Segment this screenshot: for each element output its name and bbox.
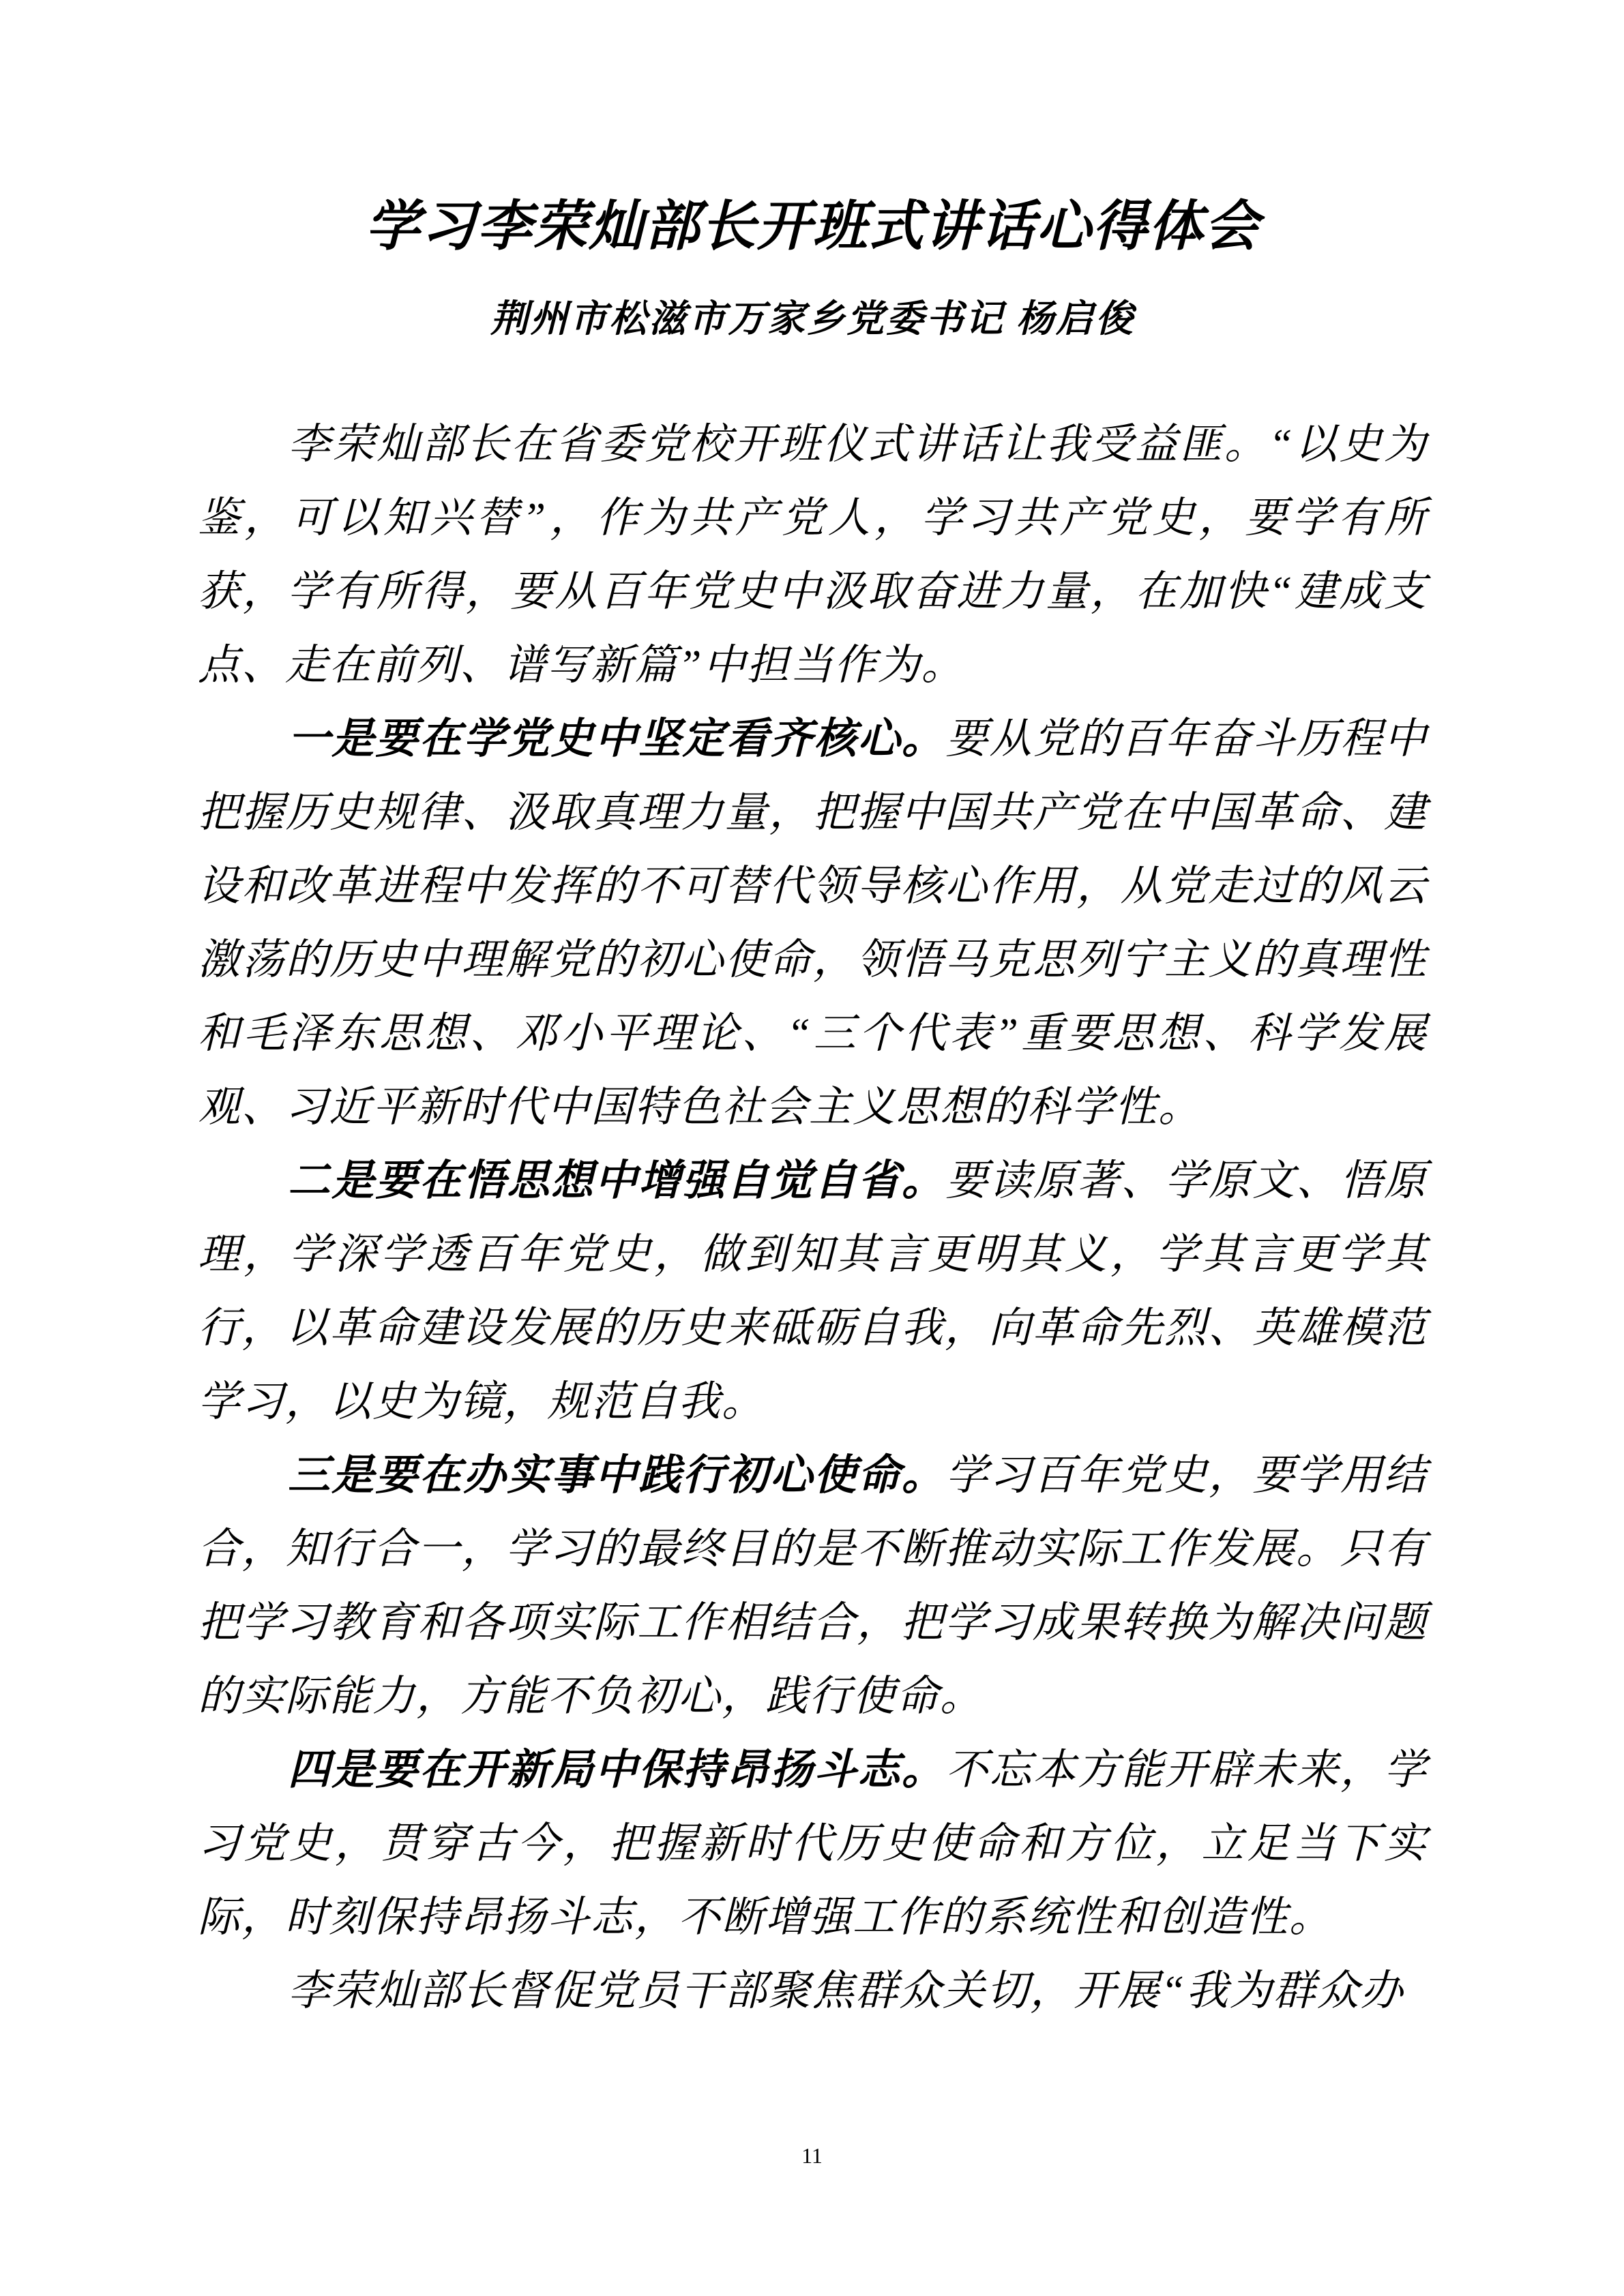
paragraph-lead: 四是要在开新局中保持昂扬斗志。	[288, 1747, 945, 1793]
paragraph-text: 李荣灿部长督促党员干部聚焦群众关切，开展“我为群众办	[288, 1968, 1404, 2014]
paragraph-point-1: 一是要在学党史中坚定看齐核心。要从党的百年奋斗历程中把握历史规律、汲取真理力量，…	[198, 702, 1428, 1144]
document-body: 李荣灿部长在省委党校开班仪式讲话让我受益匪。“以史为鉴，可以知兴替”，作为共产党…	[198, 408, 1428, 2028]
paragraph-text: 要从党的百年奋斗历程中把握历史规律、汲取真理力量，把握中国共产党在中国革命、建设…	[198, 716, 1428, 1131]
paragraph-intro: 李荣灿部长在省委党校开班仪式讲话让我受益匪。“以史为鉴，可以知兴替”，作为共产党…	[198, 408, 1428, 702]
paragraph-lead: 三是要在办实事中践行初心使命。	[288, 1452, 945, 1499]
paragraph-point-3: 三是要在办实事中践行初心使命。学习百年党史，要学用结合，知行合一，学习的最终目的…	[198, 1439, 1428, 1733]
document-page: 学习李荣灿部长开班式讲话心得体会 荆州市松滋市万家乡党委书记 杨启俊 李荣灿部长…	[0, 0, 1624, 2296]
page-title: 学习李荣灿部长开班式讲话心得体会	[198, 190, 1428, 265]
paragraph-lead: 二是要在悟思想中增强自觉自省。	[288, 1158, 945, 1204]
paragraph-text: 李荣灿部长在省委党校开班仪式讲话让我受益匪。“以史为鉴，可以知兴替”，作为共产党…	[198, 421, 1428, 689]
author-line: 荆州市松滋市万家乡党委书记 杨启俊	[198, 293, 1428, 345]
page-number: 11	[0, 2143, 1624, 2168]
paragraph-closing: 李荣灿部长督促党员干部聚焦群众关切，开展“我为群众办	[198, 1954, 1428, 2028]
paragraph-point-2: 二是要在悟思想中增强自觉自省。要读原著、学原文、悟原理，学深学透百年党史，做到知…	[198, 1144, 1428, 1439]
paragraph-point-4: 四是要在开新局中保持昂扬斗志。不忘本方能开辟未来，学习党史，贯穿古今，把握新时代…	[198, 1733, 1428, 1954]
paragraph-lead: 一是要在学党史中坚定看齐核心。	[288, 716, 945, 762]
document-content: 学习李荣灿部长开班式讲话心得体会 荆州市松滋市万家乡党委书记 杨启俊 李荣灿部长…	[198, 0, 1428, 2028]
